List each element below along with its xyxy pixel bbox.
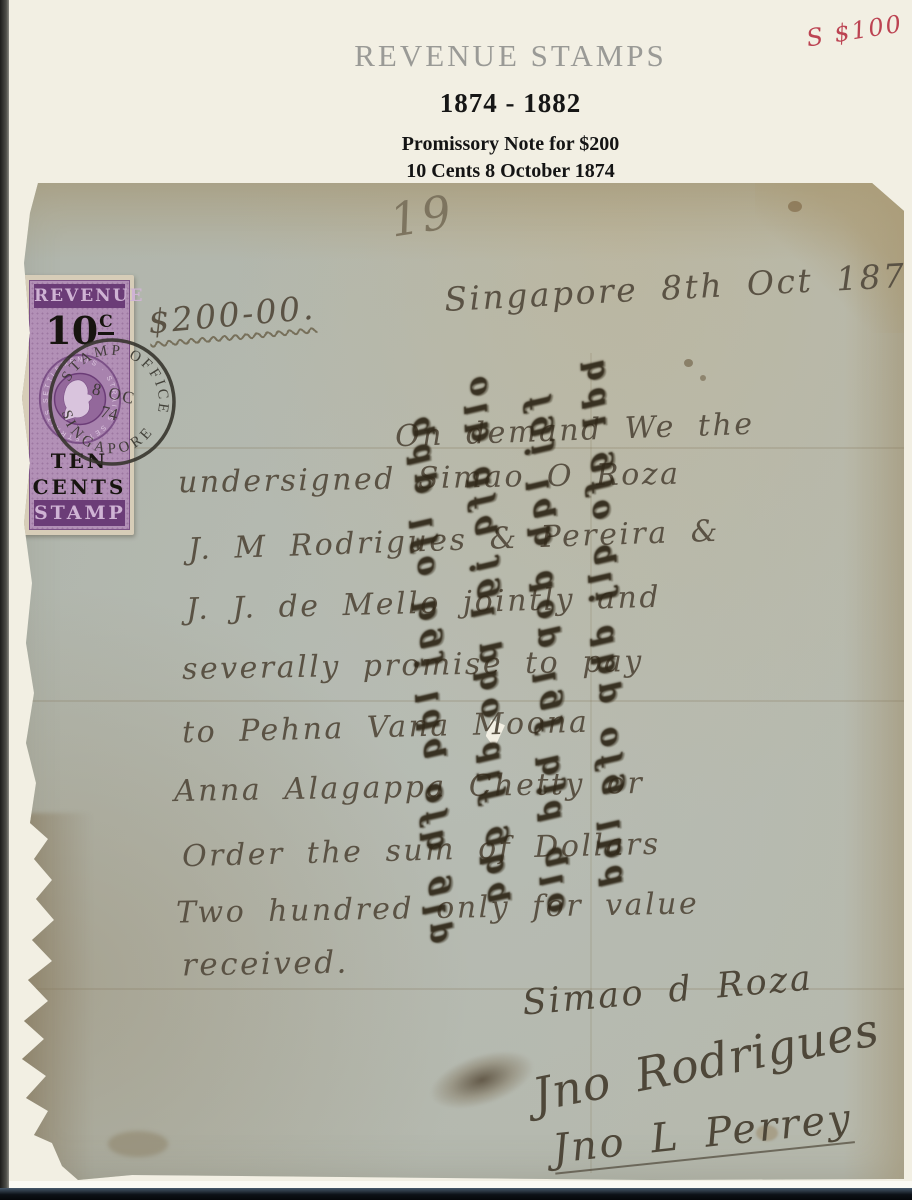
bleed-column: olb dfq jgl pbo dlf gbq — [459, 376, 514, 965]
torn-edge-stain — [12, 813, 92, 1200]
body-line: received. — [182, 945, 349, 984]
album-page-scan: REVENUE STAMPS 1874 - 1882 Promissory No… — [0, 0, 912, 1200]
stain-spot — [788, 201, 802, 212]
stain-spot — [108, 1131, 168, 1157]
caption-note: Promissory Note for $200 — [59, 131, 912, 158]
postmark-year: 74 — [99, 402, 121, 425]
promissory-note-document: 19 $200-00. Singapore 8th Oct 1874. On d… — [12, 183, 905, 1183]
album-page-bottom-margin — [9, 1181, 912, 1188]
bleed-column: qdp lfo bgj ldq ofb glp — [401, 416, 455, 967]
album-header: REVENUE STAMPS 1874 - 1882 Promissory No… — [59, 0, 912, 215]
scan-edge-bottom — [0, 1188, 912, 1200]
caption-date: 10 Cents 8 October 1874 — [59, 158, 912, 185]
stamp-banner-bottom: STAMP — [34, 500, 125, 526]
signature: Simao d Roza — [521, 958, 815, 1023]
sheet-number: 19 — [386, 184, 457, 247]
ink-smudge — [423, 1040, 541, 1121]
stain-spot — [700, 375, 706, 381]
bleed-column: fgj lqb dop lgf bjd qlo — [519, 396, 574, 963]
ink-bleed-through: bdl gfo qlj dbp ofg lbd fgj lqb dop lgf … — [400, 359, 633, 966]
caption-line-1: Promissory Note for $200 10 Cents 8 Octo… — [59, 131, 912, 185]
stamp-banner-top: REVENUE — [34, 284, 125, 308]
stamp-value-word-cents: CENTS — [33, 474, 127, 500]
amount-handwritten: $200-00. — [147, 288, 317, 341]
page-title: REVENUE STAMPS — [59, 38, 912, 74]
stain-spot — [684, 359, 693, 367]
scan-edge-left — [0, 0, 9, 1200]
period-heading: 1874 - 1882 — [59, 88, 912, 119]
